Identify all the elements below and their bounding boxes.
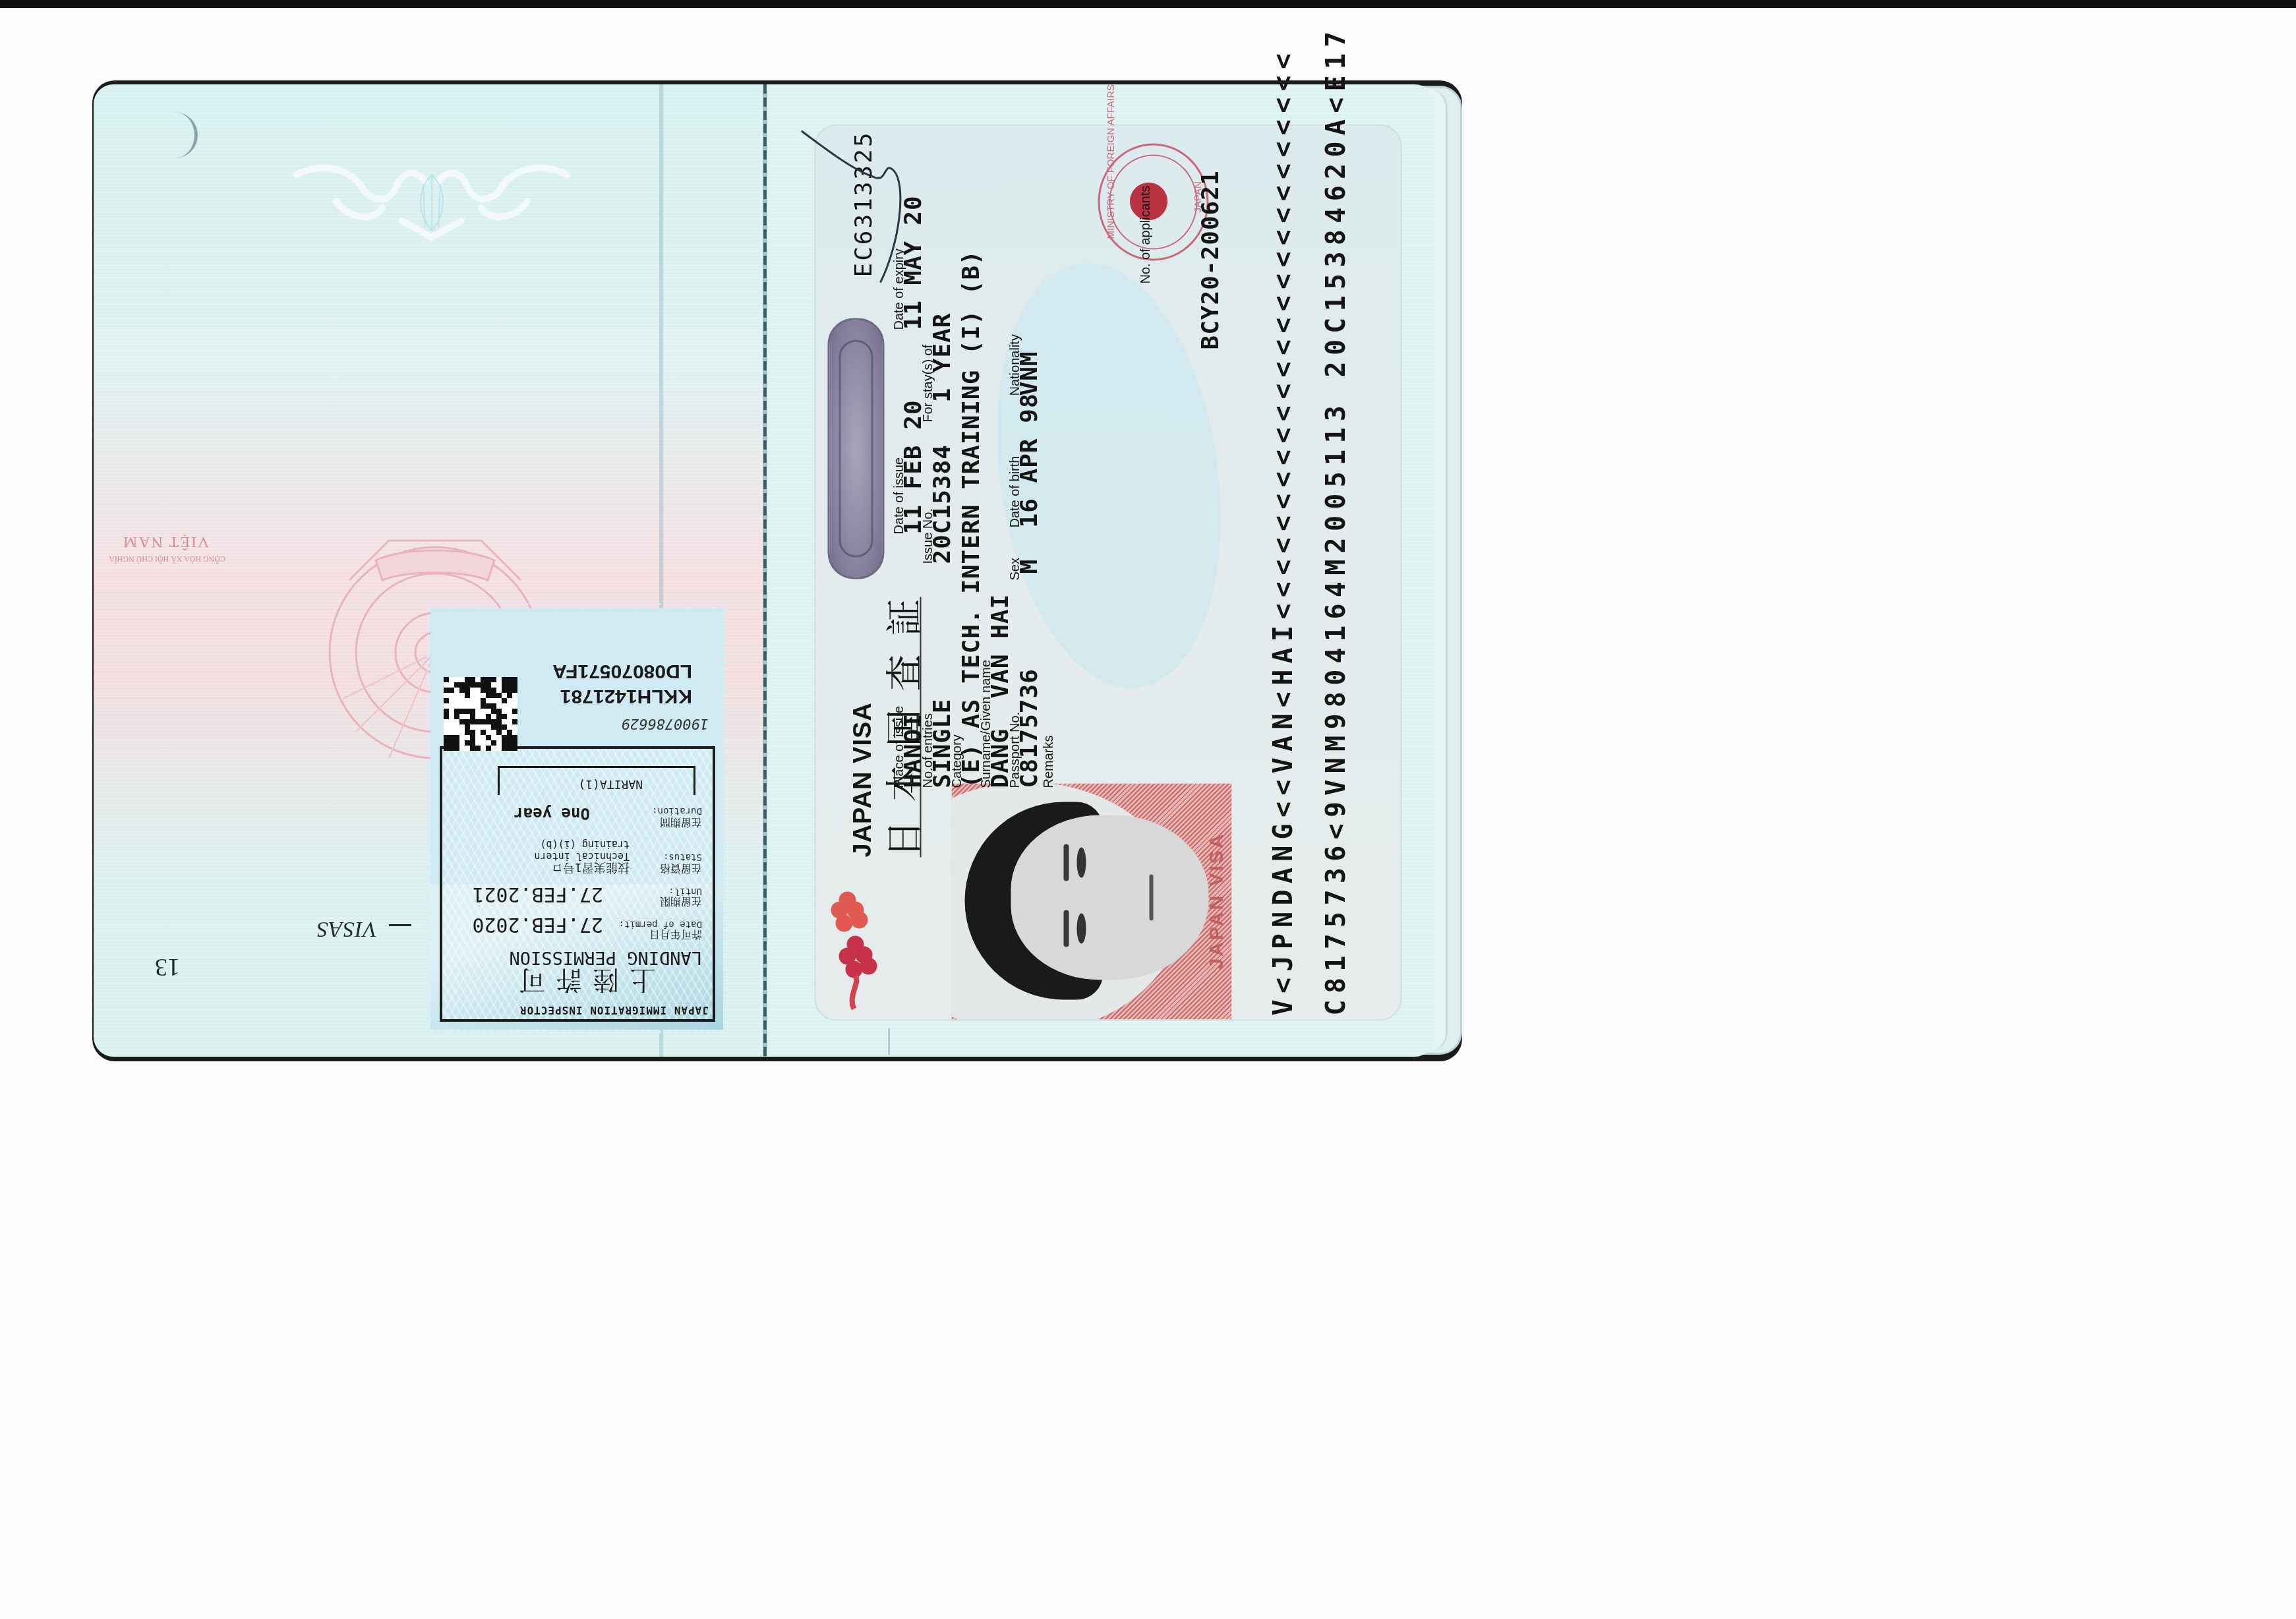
for-stay-value: 1 YEAR <box>931 312 953 402</box>
date-of-permit-label-jp: 許可年月日 <box>649 927 702 943</box>
stamp-code-1: KKLH1421781 <box>560 685 692 707</box>
remarks-label: Remarks <box>1042 735 1055 788</box>
photo-brow <box>1063 844 1069 881</box>
book-spine <box>763 84 767 1057</box>
photo-brow <box>1063 910 1069 947</box>
status-label: Status: <box>663 852 702 862</box>
section-dash <box>389 924 411 926</box>
reference-number: BCY20-200621 <box>1200 170 1221 349</box>
visa-title: JAPAN VISA <box>848 702 877 857</box>
page-number: 13 <box>155 953 180 982</box>
emblem-label: VIỆT NAM <box>122 533 209 550</box>
hologram-icon <box>827 318 884 579</box>
photo-face <box>1011 815 1208 980</box>
cloud-ornament-icon <box>283 148 580 244</box>
stamp-serial: 1900786629 <box>622 715 709 732</box>
signature-stroke-icon <box>801 111 926 322</box>
stamp-title: LANDING PERMISSION <box>509 947 702 968</box>
section-label: VISAS <box>316 916 377 941</box>
photo-eye <box>1076 847 1086 877</box>
photo-eye <box>1076 913 1086 943</box>
qr-code-icon <box>444 677 517 751</box>
scan-top-edge <box>0 0 2296 8</box>
until-label-jp: 在留期限 <box>660 895 702 910</box>
photo-mouth <box>1149 874 1153 920</box>
mrz-line-2: C8175736<9VNM9804164M2005113 20C15384620… <box>1320 25 1351 1015</box>
date-of-permit-label: Date of permit: <box>619 919 702 929</box>
emblem-sublabel: CỘNG HÒA XÃ HỘI CHỦ NGHĨA <box>109 554 225 564</box>
date-of-permit-value: 27.FEB.2020 <box>472 913 603 936</box>
stamp-title-kanji: 上陸許可 <box>508 963 656 1001</box>
seal-text-top: MINISTRY OF FOREIGN AFFAIRS <box>1105 84 1116 239</box>
until-value: 27.FEB.2021 <box>472 883 603 906</box>
stamp-code-2: LD08070571FA <box>552 660 692 682</box>
status-value: Technical intern training (i)(b) <box>535 839 630 862</box>
photo-caption: JAPAN VISA <box>1205 795 1227 1006</box>
page-guideline <box>888 1028 890 1055</box>
duration-label-jp: 在留期間 <box>660 815 702 831</box>
status-label-jp: 在留資格 <box>660 862 702 877</box>
paulownia-crest-icon <box>1126 178 1182 224</box>
ministry-seal-icon: MINISTRY OF FOREIGN AFFAIRS JAPAN <box>1098 143 1208 260</box>
sex-value: M <box>1018 558 1040 574</box>
passport-no-value: C8175736 <box>1018 668 1040 788</box>
no-of-applicants-label: No. of applicants <box>1138 185 1152 283</box>
duration-value: One year <box>514 804 590 823</box>
duration-label: Duration: <box>652 806 702 816</box>
holder-photo: JAPAN VISA <box>951 783 1231 1019</box>
issue-no-value: 20C15384 <box>931 444 953 564</box>
port-of-entry: NARITA(1) <box>578 777 643 791</box>
stamp-header: JAPAN IMMIGRATION INSPECTOR <box>519 1004 709 1016</box>
cherry-blossom-icon <box>827 837 880 1015</box>
mrz-line-1: V<JPNDANG<<VAN<HAI<<<<<<<<<<<<<<<<<<<<<<… <box>1268 47 1298 1015</box>
nationality-value: VNM <box>1018 351 1040 396</box>
until-label: Until: <box>668 886 702 897</box>
date-of-birth-value: 16 APR 98 <box>1018 393 1040 527</box>
landing-permission-stamp: JAPAN IMMIGRATION INSPECTOR 上陸許可 LANDING… <box>425 603 728 1035</box>
japan-visa-sticker: JAPAN VISA 日本国査証 EC6313325 JAPAN VISA Pl… <box>814 124 1401 1020</box>
